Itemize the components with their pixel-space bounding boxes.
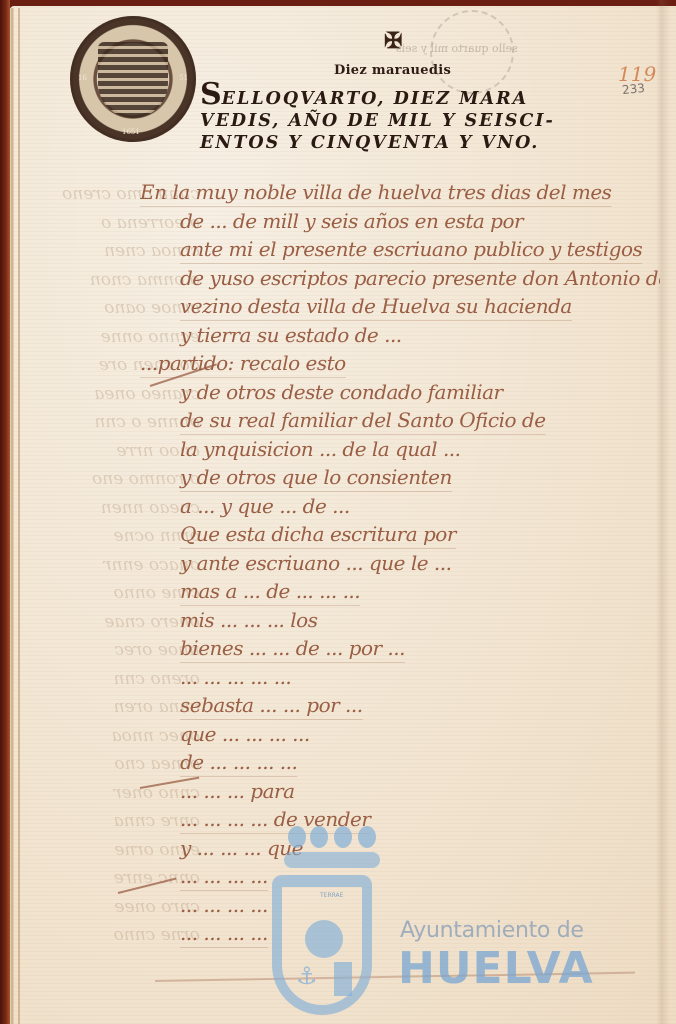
- manuscript-line: y ante escriuano ... que le ...: [140, 549, 660, 578]
- manuscript-line: y de otros deste condado familiar: [140, 378, 660, 407]
- manuscript-line: de ... ... ... ...: [140, 748, 660, 777]
- manuscript-line: ... ... ... ... de vender: [140, 805, 660, 834]
- stamp-heading: SELLOQVARTO, DIEZ MARA VEDIS, AÑO DE MIL…: [200, 84, 600, 154]
- page-edge: [10, 8, 14, 1024]
- manuscript-line: ...partido: recalo esto: [140, 349, 660, 378]
- bleed-through-text: sello quarto mil y seis: [396, 42, 518, 55]
- manuscript-line: sebasta ... ... por ...: [140, 691, 660, 720]
- manuscript-line: y ... ... ... que: [140, 834, 660, 863]
- manuscript-line: de su real familiar del Santo Oficio de: [140, 406, 660, 435]
- manuscript-line: bienes ... ... de ... por ...: [140, 634, 660, 663]
- stamp-heading-line-3: ENTOS Y CINQVENTA Y VNO.: [200, 132, 600, 154]
- coat-of-arms-icon: [98, 42, 168, 118]
- manuscript-line: vezino desta villa de Huelva su hacienda: [140, 292, 660, 321]
- watermark-motto: TERRAE: [320, 892, 343, 899]
- watermark-crown-icon: [284, 826, 384, 876]
- manuscript-line: Que esta dicha escritura por: [140, 520, 660, 549]
- manuscript-line: ... ... ... ...: [140, 891, 660, 920]
- manuscript-line: ... ... ... para: [140, 777, 660, 806]
- manuscript-line: que ... ... ... ...: [140, 720, 660, 749]
- seal-year-right: 51: [179, 74, 188, 82]
- manuscript-line: mis ... ... ... los: [140, 606, 660, 635]
- manuscript-line: mas a ... de ... ... ...: [140, 577, 660, 606]
- manuscript-line: de yuso escriptos parecio presente don A…: [140, 264, 660, 293]
- cross-icon: ✠: [384, 28, 402, 54]
- watermark-title: HUELVA: [398, 943, 594, 994]
- watermark-tower-icon: [334, 962, 352, 996]
- stamp-heading-line-1: SELLOQVARTO, DIEZ MARA: [200, 84, 600, 110]
- manuscript-line: ... ... ... ... ...: [140, 663, 660, 692]
- manuscript-line: a ... y que ... de ...: [140, 492, 660, 521]
- manuscript-line: ... ... ... ...: [140, 862, 660, 891]
- manuscript-line: y de otros que lo consienten: [140, 463, 660, 492]
- stamp-heading-line-2: VEDIS, AÑO DE MIL Y SEISCI-: [200, 110, 600, 132]
- manuscript-line: y tierra su estado de ...: [140, 321, 660, 350]
- folio-number-secondary: 233: [621, 81, 645, 97]
- watermark-anchor-icon: ⚓: [296, 962, 318, 990]
- manuscript-line: ante mi el presente escriuano publico y …: [140, 235, 660, 264]
- manuscript-line: la ynquisicion ... de la qual ...: [140, 435, 660, 464]
- manuscript-line: En la muy noble villa de huelva tres dia…: [140, 178, 660, 207]
- watermark-tree-icon: [305, 920, 343, 958]
- heading-initial: S: [200, 77, 222, 112]
- page-edge-line: [18, 8, 20, 1024]
- seal-year-bottom: 1651: [122, 128, 140, 136]
- royal-seal-icon: 16 51 1651: [70, 16, 196, 142]
- watermark-subtitle: Ayuntamiento de: [400, 918, 584, 943]
- handwritten-text: En la muy noble villa de huelva tres dia…: [140, 178, 660, 948]
- stamp-value: Diez marauedis: [334, 63, 451, 78]
- heading-text-1: ELLOQVARTO, DIEZ MARA: [222, 89, 529, 109]
- manuscript-line: de ... de mill y seis años en esta por: [140, 207, 660, 236]
- book-binding: [0, 0, 10, 1024]
- seal-year-left: 16: [78, 74, 87, 82]
